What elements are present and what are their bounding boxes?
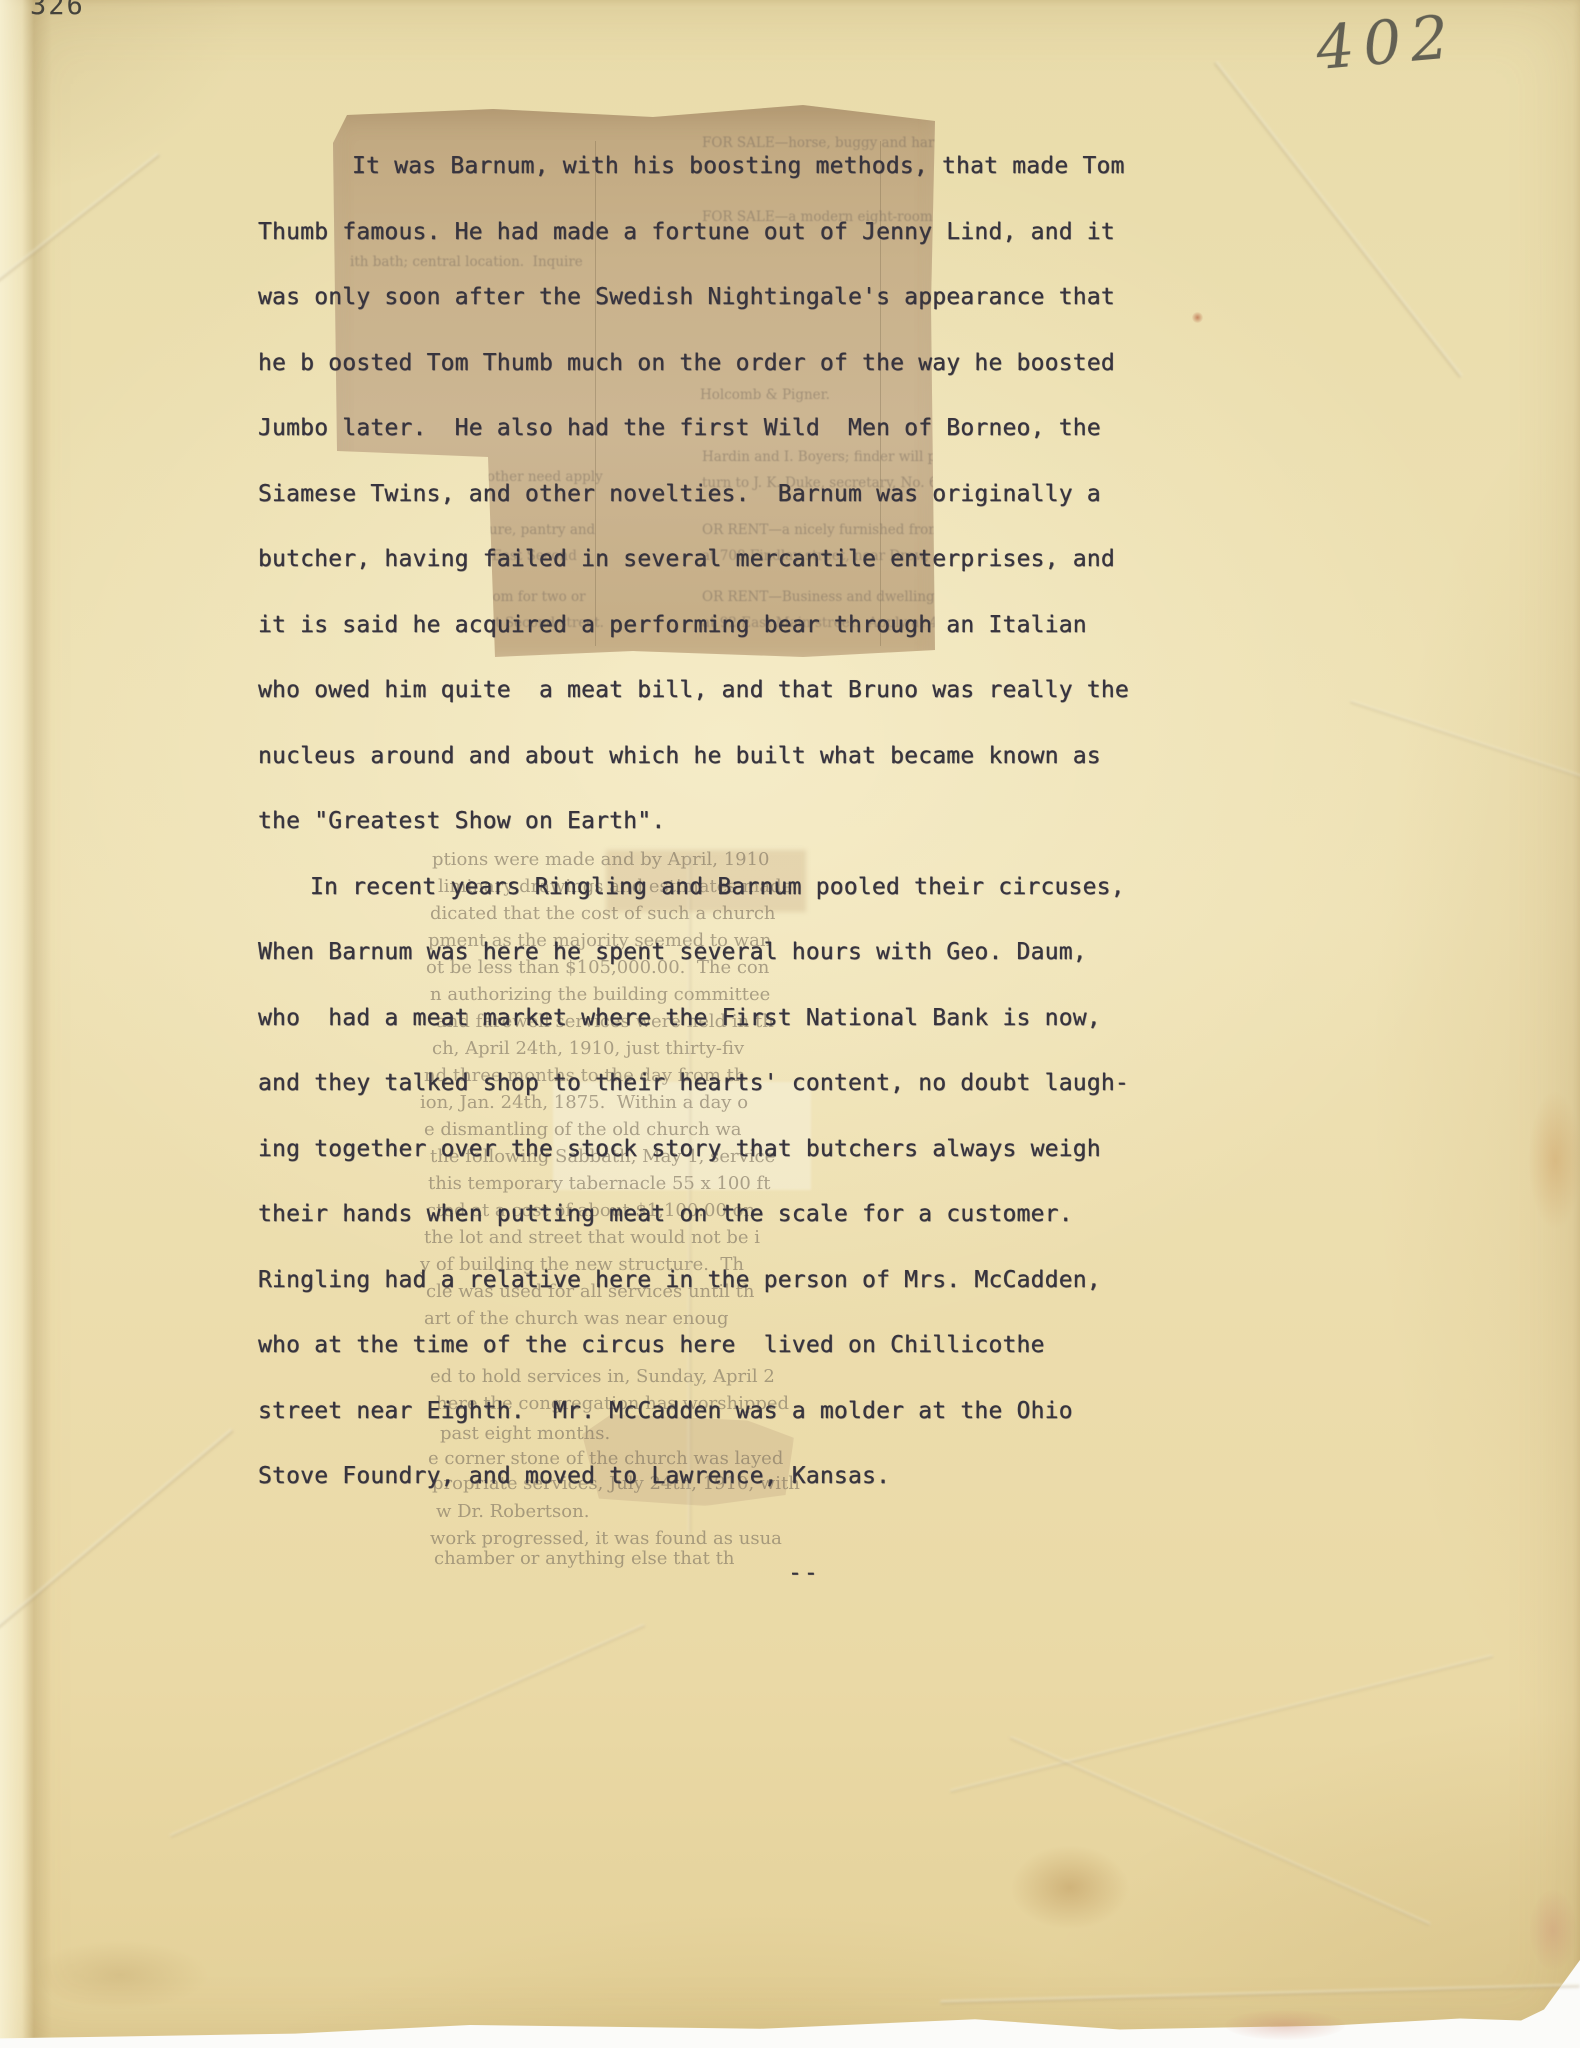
tape-residue [1530, 1890, 1576, 1970]
newsprint-clipping-showthrough-top: FOR SALE—horse, buggy and harnessFOR SAL… [333, 105, 935, 665]
typed-line: and they talked shop to their hearts' co… [258, 1072, 1129, 1095]
stain-speck [1192, 312, 1203, 323]
typed-line: Ringling had a relative here in the pers… [258, 1269, 1101, 1292]
typed-line: Thumb famous. He had made a fortune out … [258, 221, 1115, 244]
typed-line: he b oosted Tom Thumb much on the order … [258, 352, 1115, 375]
printed-page-number: 326 [30, 0, 85, 21]
typed-line: ing together over the stock story that b… [258, 1138, 1101, 1161]
ghost-newsprint-fragment: OR RENT—Business and dwelling house, [702, 590, 935, 604]
stain [30, 1940, 210, 2010]
ghost-newsprint-line: n authorizing the building committee [430, 986, 770, 1004]
paper-crease [950, 1655, 1494, 1793]
typed-line: who at the time of the circus here lived… [258, 1334, 1045, 1357]
typed-line: street near Eighth. Mr. McCadden was a m… [258, 1400, 1073, 1423]
ghost-newsprint-line: chamber or anything else that th [434, 1550, 734, 1568]
typed-line: It was Barnum, with his boosting methods… [352, 155, 1125, 178]
ghost-newsprint-line: this temporary tabernacle 55 x 100 ft [428, 1175, 770, 1193]
paper-left-edge [0, 0, 60, 2048]
typed-line: nucleus around and about which he built … [258, 745, 1101, 768]
typed-line: butcher, having failed in several mercan… [258, 548, 1115, 571]
ghost-newsprint-line: ch, April 24th, 1910, just thirty-fiv [432, 1040, 744, 1058]
ghost-newsprint-fragment: ENT—A furnished room for two or [350, 590, 586, 604]
handwritten-page-number: 402 [1313, 2, 1460, 84]
ghost-newsprint-fragment: Hardin and I. Boyers; finder will please [702, 450, 935, 464]
ghost-newsprint-line: ptions were made and by April, 1910 [432, 851, 770, 869]
stain [1528, 1090, 1580, 1230]
scanned-document-page: FOR SALE—horse, buggy and harnessFOR SAL… [0, 0, 1580, 2048]
typed-end-mark: -- [788, 1560, 820, 1586]
typed-line: Stove Foundry, and moved to Lawrence, Ka… [258, 1465, 890, 1488]
paper-crease [1350, 700, 1580, 783]
ghost-newsprint-fragment: OR RENT—a nicely furnished front room [702, 523, 935, 537]
typed-line: When Barnum was here he spent several ho… [258, 941, 1087, 964]
stain [1010, 1845, 1130, 1930]
ghost-newsprint-fragment: ith bath; central location. Inquire [350, 255, 583, 269]
ghost-newsprint-fragment: SALE—house, furniture, pantry and [350, 523, 595, 537]
tape-residue [1225, 2010, 1345, 2040]
paper-crease [169, 1624, 645, 1838]
ghost-newsprint-line: art of the church was near enoug [424, 1310, 729, 1328]
typed-line: was only soon after the Swedish Nighting… [258, 286, 1115, 309]
typed-line: Siamese Twins, and other novelties. Barn… [258, 483, 1101, 506]
ghost-newsprint-fragment: FOR SALE—horse, buggy and harness [702, 136, 935, 150]
typed-line: the "Greatest Show on Earth". [258, 810, 665, 833]
typed-line: it is said he acquired a performing bear… [258, 614, 1087, 637]
ghost-newsprint-line: w Dr. Robertson. [436, 1503, 589, 1521]
paper-crease [1213, 61, 1462, 379]
ghost-newsprint-line: work progressed, it was found as usua [430, 1530, 782, 1548]
ghost-newsprint-fragment: Holcomb & Pigner. [700, 388, 830, 402]
ghost-newsprint-line: the lot and street that would not be i [424, 1229, 760, 1247]
typed-line: Jumbo later. He also had the first Wild … [258, 417, 1101, 440]
typed-line: who had a meat market where the First Na… [258, 1007, 1101, 1030]
paper-crease [940, 1984, 1580, 2005]
typed-line: who owed him quite a meat bill, and that… [258, 679, 1129, 702]
typed-line: In recent years Ringling and Barnum pool… [310, 876, 1125, 899]
ghost-newsprint-line: past eight months. [440, 1425, 610, 1443]
ghost-newsprint-line: ion, Jan. 24th, 1875. Within a day o [420, 1094, 748, 1112]
typed-line: their hands when putting meat on the sca… [258, 1203, 1073, 1226]
ghost-newsprint-line: dicated that the cost of such a church [430, 905, 776, 923]
ghost-newsprint-line: ed to hold services in, Sunday, April 2 [430, 1368, 775, 1386]
